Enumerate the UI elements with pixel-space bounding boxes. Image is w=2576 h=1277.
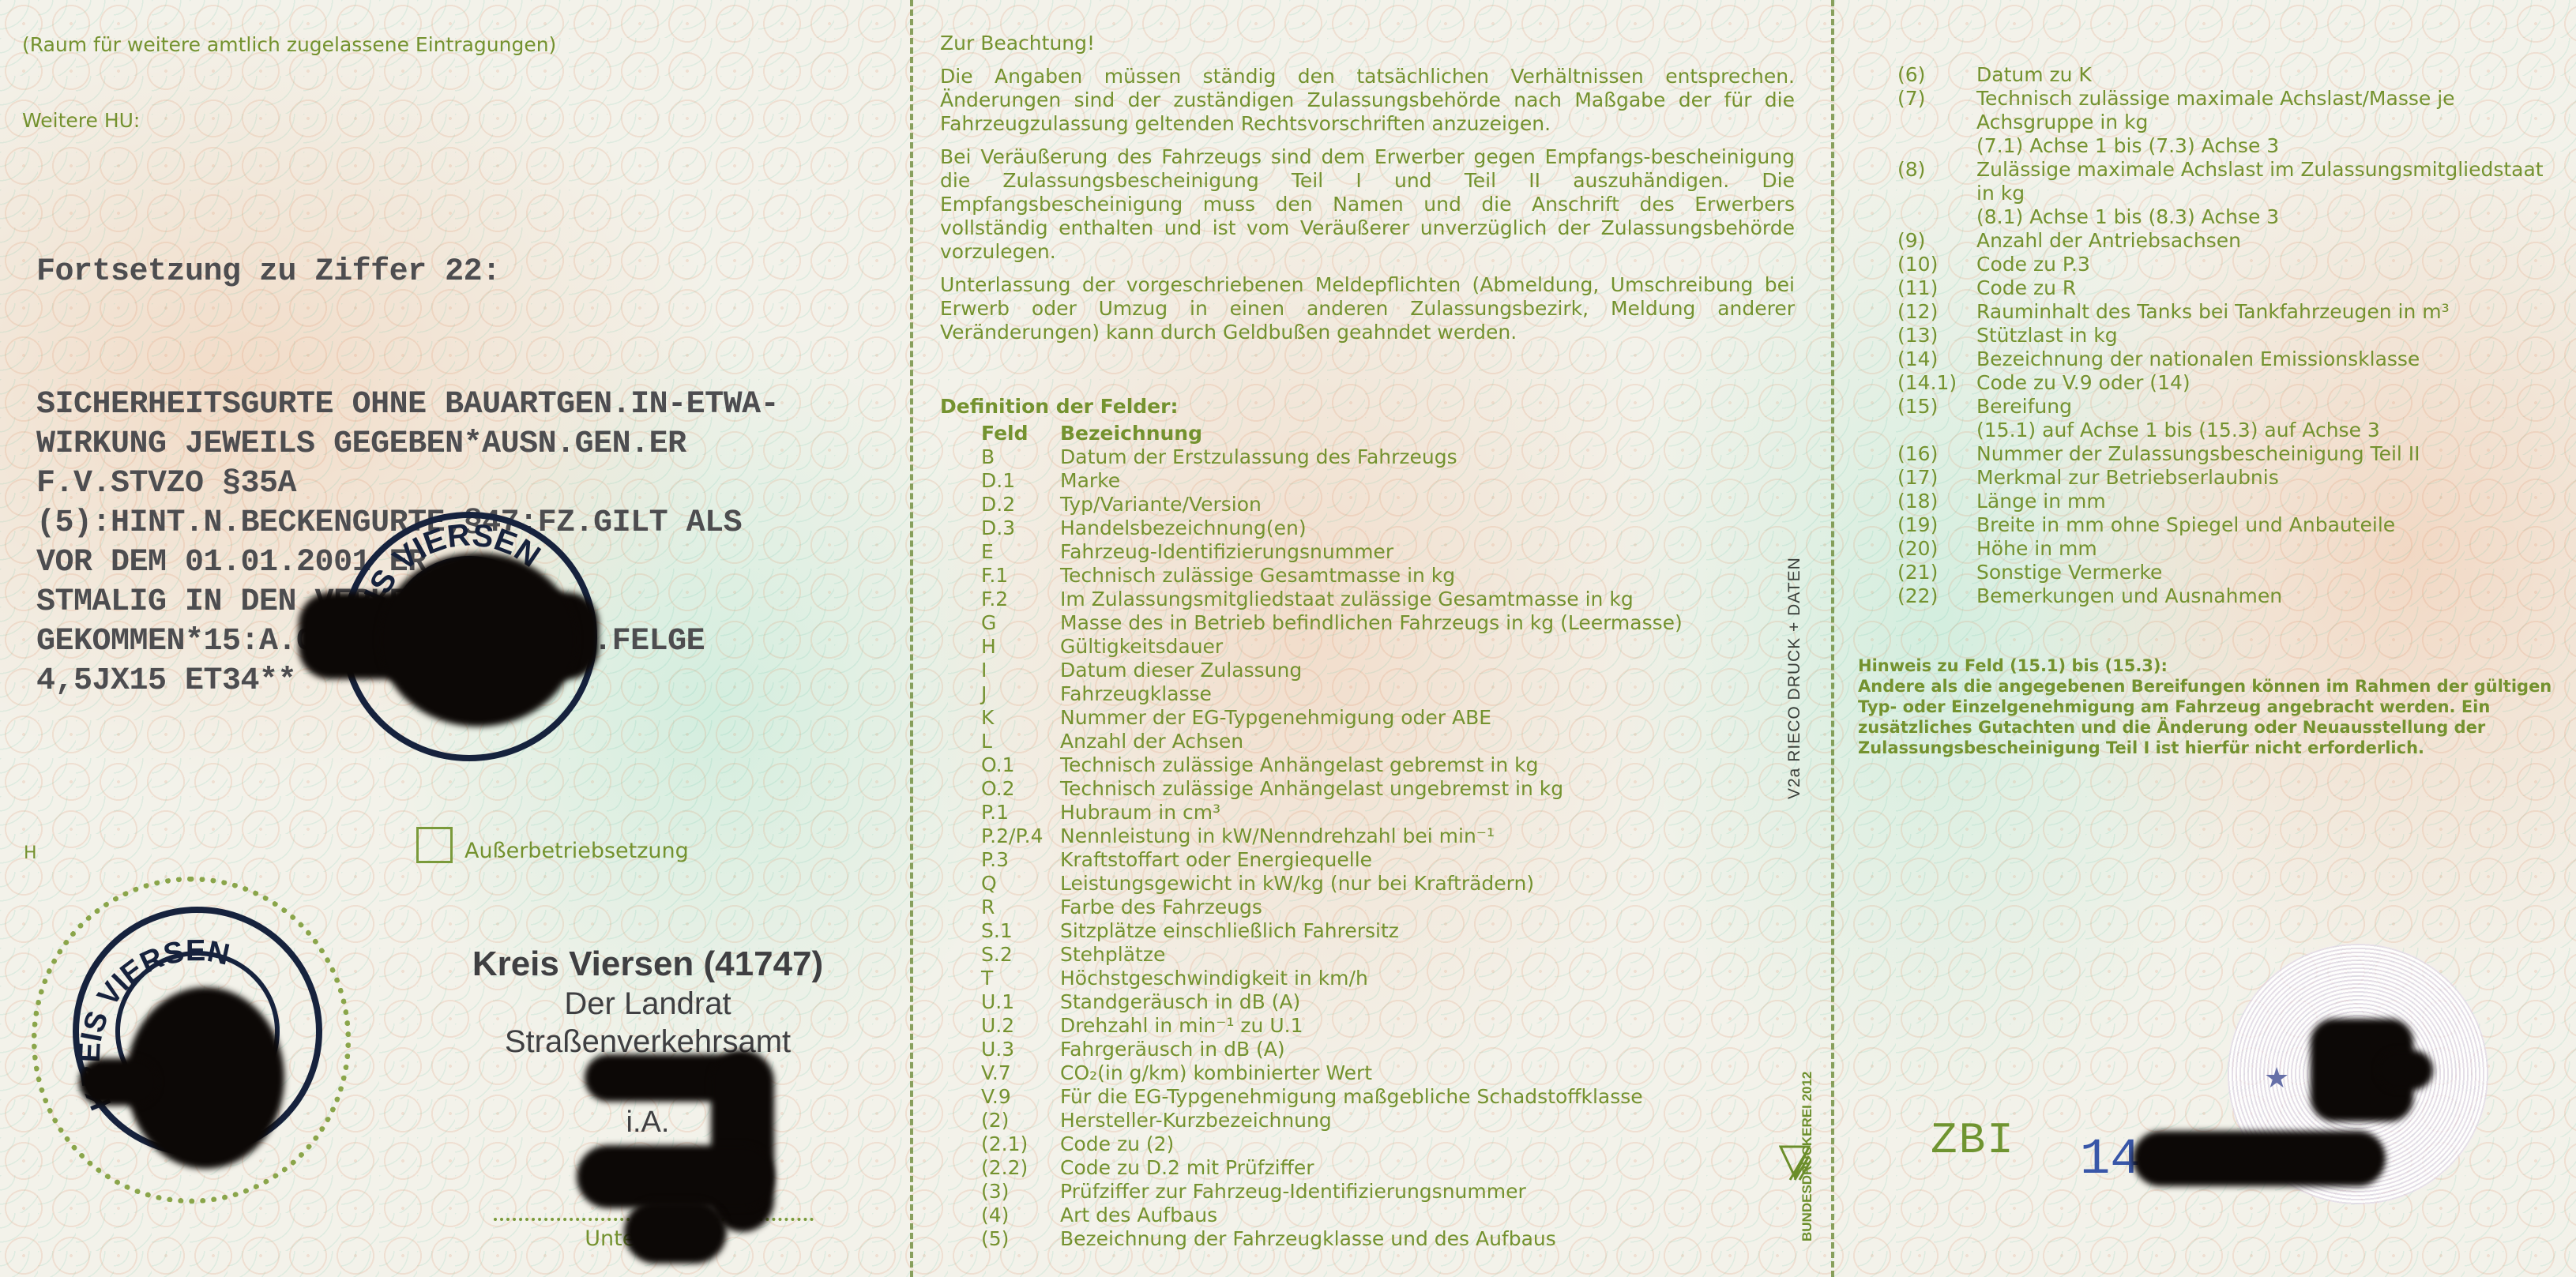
field-definition-row: D.1Marke: [981, 469, 1683, 493]
printer-imprint: V2a RIECO DRUCK + DATEN: [1785, 557, 1804, 799]
field-code: T: [981, 967, 1060, 990]
field-description: Zulässige maximale Achslast im Zulassung…: [1976, 158, 2544, 182]
raum-label: (Raum für weitere amtlich zugelassene Ei…: [22, 33, 556, 56]
field-description: in kg: [1976, 182, 2025, 205]
field-description: Datum dieser Zulassung: [1060, 659, 1302, 682]
panel-left: (Raum für weitere amtlich zugelassene Ei…: [0, 0, 910, 1277]
field-definition-row: EFahrzeug-Identifizierungsnummer: [981, 540, 1683, 564]
field-definitions: Feld Bezeichnung BDatum der Erstzulassun…: [981, 422, 1683, 1251]
field-code: (19): [1897, 513, 1976, 537]
field-description: Code zu P.3: [1976, 253, 2090, 276]
field-definition-row: (2.1)Code zu (2): [981, 1132, 1683, 1156]
field-code: (11): [1897, 276, 1976, 300]
notice-title: Zur Beachtung!: [940, 32, 1095, 54]
field-description: Leistungsgewicht in kW/kg (nur bei Kraft…: [1060, 872, 1534, 896]
hinweis-title: Hinweis zu Feld (15.1) bis (15.3):: [1858, 655, 2575, 676]
field-definition-row: QLeistungsgewicht in kW/kg (nur bei Kraf…: [981, 872, 1683, 896]
field-description: Fahrzeugklasse: [1060, 682, 1212, 706]
field-description: Bezeichnung der Fahrzeugklasse und des A…: [1060, 1227, 1556, 1251]
field-definition-row: (16)Nummer der Zulassungsbescheinigung T…: [1897, 442, 2544, 466]
field-code: (9): [1897, 229, 1976, 253]
field-code: [1897, 205, 1976, 229]
field-description: Masse des in Betrieb befindlichen Fahrze…: [1060, 611, 1683, 635]
field-code: L: [981, 730, 1060, 753]
notice-paragraph-2: Bei Veräußerung des Fahrzeugs sind dem E…: [940, 145, 1795, 264]
field-code: (20): [1897, 537, 1976, 561]
field-code: (17): [1897, 466, 1976, 490]
field-definition-row: U.2Drehzahl in min⁻¹ zu U.1: [981, 1014, 1683, 1038]
redaction: [379, 553, 577, 727]
field-definition-row: (22)Bemerkungen und Ausnahmen: [1897, 584, 2544, 608]
field-description: Stützlast in kg: [1976, 324, 2118, 347]
field-definition-row: (8)Zulässige maximale Achslast im Zulass…: [1897, 158, 2544, 182]
field-code: (13): [1897, 324, 1976, 347]
field-description: (8.1) Achse 1 bis (8.3) Achse 3: [1976, 205, 2279, 229]
field-code: U.2: [981, 1014, 1060, 1038]
field-code: (18): [1897, 490, 1976, 513]
field-code: J: [981, 682, 1060, 706]
field-definition-row: V.7CO₂(in g/km) kombinierter Wert: [981, 1061, 1683, 1085]
field-description: Höchstgeschwindigkeit in km/h: [1060, 967, 1368, 990]
field-definition-row: (14.1)Code zu V.9 oder (14): [1897, 371, 2544, 395]
field-description: Rauminhalt des Tanks bei Tankfahrzeugen …: [1976, 300, 2450, 324]
field-definition-row: U.3Fahrgeräusch in dB (A): [981, 1038, 1683, 1061]
field-definition-row: P.1Hubraum in cm³: [981, 801, 1683, 824]
field-definition-row: THöchstgeschwindigkeit in km/h: [981, 967, 1683, 990]
field-definition-row: HGültigkeitsdauer: [981, 635, 1683, 659]
ausserbetriebsetzung-label: Außerbetriebsetzung: [464, 839, 689, 863]
field-code: U.3: [981, 1038, 1060, 1061]
field-description: Sonstige Vermerke: [1976, 561, 2162, 584]
field-description: Sitzplätze einschließlich Fahrersitz: [1060, 919, 1399, 943]
field-description: Code zu (2): [1060, 1132, 1174, 1156]
field-code: H: [981, 635, 1060, 659]
field-code: S.1: [981, 919, 1060, 943]
field-definition-row: (8.1) Achse 1 bis (8.3) Achse 3: [1897, 205, 2544, 229]
field-description: (15.1) auf Achse 1 bis (15.3) auf Achse …: [1976, 419, 2380, 442]
field-code: (7): [1897, 87, 1976, 111]
field-code: (16): [1897, 442, 1976, 466]
field-description: Bezeichnung der nationalen Emissionsklas…: [1976, 347, 2420, 371]
field-description: Hersteller-Kurzbezeichnung: [1060, 1109, 1332, 1132]
field-code: (2.2): [981, 1156, 1060, 1180]
authority-ia: i.A.: [442, 1105, 853, 1140]
field-description: Im Zulassungsmitgliedstaat zulässige Ges…: [1060, 588, 1634, 611]
field-definition-row: (10)Code zu P.3: [1897, 253, 2544, 276]
field-description: Prüfziffer zur Fahrzeug-Identifizierungs…: [1060, 1180, 1526, 1204]
typed-line: SICHERHEITSGURTE OHNE BAUARTGEN.IN-ETWA-: [36, 385, 779, 425]
field-code: (8): [1897, 158, 1976, 182]
field-definition-row: (11)Code zu R: [1897, 276, 2544, 300]
field-code: O.1: [981, 753, 1060, 777]
field-definition-row: (6)Datum zu K: [1897, 63, 2544, 87]
serial-redaction: [2133, 1131, 2386, 1186]
field-definition-row: (7)Technisch zulässige maximale Achslast…: [1897, 87, 2544, 111]
field-code: (10): [1897, 253, 1976, 276]
field-description: Datum zu K: [1976, 63, 2092, 87]
field-code: [1897, 111, 1976, 134]
field-definition-row: (9)Anzahl der Antriebsachsen: [1897, 229, 2544, 253]
field-code: (5): [981, 1227, 1060, 1251]
document-serial-number: 14: [2080, 1132, 2141, 1189]
field-code: F.2: [981, 588, 1060, 611]
field-code: [1897, 419, 1976, 442]
field-description: Code zu D.2 mit Prüfziffer: [1060, 1156, 1314, 1180]
field-code: I: [981, 659, 1060, 682]
h-label: H: [24, 843, 37, 863]
authority-line2: Der Landrat: [442, 985, 853, 1023]
field-code: E: [981, 540, 1060, 564]
field-code: V.9: [981, 1085, 1060, 1109]
hinweis-text: Andere als die angegebenen Bereifungen k…: [1858, 676, 2575, 758]
field-definitions-header: Feld Bezeichnung: [981, 422, 1683, 445]
field-definition-row: V.9Für die EG-Typgenehmigung maßgebliche…: [981, 1085, 1683, 1109]
field-code: D.1: [981, 469, 1060, 493]
field-definition-row: S.2Stehplätze: [981, 943, 1683, 967]
field-code: (3): [981, 1180, 1060, 1204]
field-description: Standgeräusch in dB (A): [1060, 990, 1300, 1014]
field-description: Hubraum in cm³: [1060, 801, 1220, 824]
field-definition-row: D.2Typ/Variante/Version: [981, 493, 1683, 516]
notice-paragraph-1: Die Angaben müssen ständig den tatsächli…: [940, 65, 1795, 136]
field-definition-row: U.1Standgeräusch in dB (A): [981, 990, 1683, 1014]
field-description: Fahrzeug-Identifizierungsnummer: [1060, 540, 1393, 564]
typed-line: WIRKUNG JEWEILS GEGEBEN*AUSN.GEN.ER: [36, 425, 779, 464]
field-definition-row: F.2Im Zulassungsmitgliedstaat zulässige …: [981, 588, 1683, 611]
field-description: (7.1) Achse 1 bis (7.3) Achse 3: [1976, 134, 2279, 158]
field-code: U.1: [981, 990, 1060, 1014]
field-code: D.3: [981, 516, 1060, 540]
field-code: (15): [1897, 395, 1976, 419]
field-description: Marke: [1060, 469, 1120, 493]
field-description: Art des Aufbaus: [1060, 1204, 1217, 1227]
field-definition-row: (2)Hersteller-Kurzbezeichnung: [981, 1109, 1683, 1132]
field-description: Anzahl der Antriebsachsen: [1976, 229, 2241, 253]
field-definition-row: (21)Sonstige Vermerke: [1897, 561, 2544, 584]
field-code: F.1: [981, 564, 1060, 588]
notice-paragraph-3: Unterlassung der vorgeschriebenen Meldep…: [940, 273, 1795, 344]
field-description: Nummer der Zulassungsbescheinigung Teil …: [1976, 442, 2420, 466]
field-definition-row: P.3Kraftstoffart oder Energiequelle: [981, 848, 1683, 872]
field-definition-row: P.2/P.4Nennleistung in kW/Nenndrehzahl b…: [981, 824, 1683, 848]
field-definition-row: (5)Bezeichnung der Fahrzeugklasse und de…: [981, 1227, 1683, 1251]
field-definition-row: (19)Breite in mm ohne Spiegel und Anbaut…: [1897, 513, 2544, 537]
panel-middle: Zur Beachtung! Die Angaben müssen ständi…: [910, 0, 1831, 1277]
field-code: V.7: [981, 1061, 1060, 1085]
field-definition-row: (12)Rauminhalt des Tanks bei Tankfahrzeu…: [1897, 300, 2544, 324]
field-code: (22): [1897, 584, 1976, 608]
field-code: P.1: [981, 801, 1060, 824]
field-definition-row: (14)Bezeichnung der nationalen Emissions…: [1897, 347, 2544, 371]
field-definition-row: (13)Stützlast in kg: [1897, 324, 2544, 347]
field-code: (14.1): [1897, 371, 1976, 395]
field-description: Datum der Erstzulassung des Fahrzeugs: [1060, 445, 1457, 469]
zbi-label: ZBI: [1931, 1115, 2015, 1166]
field-code: (21): [1897, 561, 1976, 584]
field-description: Merkmal zur Betriebserlaubnis: [1976, 466, 2279, 490]
field-definition-row: IDatum dieser Zulassung: [981, 659, 1683, 682]
field-definition-row: KNummer der EG-Typgenehmigung oder ABE: [981, 706, 1683, 730]
field-definition-row: (17)Merkmal zur Betriebserlaubnis: [1897, 466, 2544, 490]
field-definition-row: LAnzahl der Achsen: [981, 730, 1683, 753]
field-code: [1897, 134, 1976, 158]
field-code: R: [981, 896, 1060, 919]
field-code: G: [981, 611, 1060, 635]
field-description: Technisch zulässige Anhängelast ungebrem…: [1060, 777, 1563, 801]
field-description: Technisch zulässige Gesamtmasse in kg: [1060, 564, 1455, 588]
field-code: B: [981, 445, 1060, 469]
field-description: Technisch zulässige Anhängelast gebremst…: [1060, 753, 1538, 777]
field-definition-row: S.1Sitzplätze einschließlich Fahrersitz: [981, 919, 1683, 943]
field-definition-row: (18)Länge in mm: [1897, 490, 2544, 513]
field-definition-row: JFahrzeugklasse: [981, 682, 1683, 706]
field-code: (6): [1897, 63, 1976, 87]
authority-name: Kreis Viersen (41747): [442, 944, 853, 985]
field-code: O.2: [981, 777, 1060, 801]
field-description: Drehzahl in min⁻¹ zu U.1: [1060, 1014, 1303, 1038]
hinweis-note: Hinweis zu Feld (15.1) bis (15.3): Ander…: [1858, 655, 2575, 758]
signature-redaction: [577, 1145, 774, 1208]
field-definition-row: (4)Art des Aufbaus: [981, 1204, 1683, 1227]
signature-redaction: [624, 1200, 727, 1264]
field-description: Fahrgeräusch in dB (A): [1060, 1038, 1285, 1061]
field-description: Höhe in mm: [1976, 537, 2097, 561]
typed-heading: Fortsetzung zu Ziffer 22:: [36, 253, 779, 292]
field-definition-row: (3)Prüfziffer zur Fahrzeug-Identifizieru…: [981, 1180, 1683, 1204]
field-description: Gültigkeitsdauer: [1060, 635, 1223, 659]
field-description: Achsgruppe in kg: [1976, 111, 2148, 134]
field-code: P.2/P.4: [981, 824, 1060, 848]
field-description: Handelsbezeichnung(en): [1060, 516, 1307, 540]
redaction: [79, 1058, 158, 1106]
field-code: D.2: [981, 493, 1060, 516]
field-code: K: [981, 706, 1060, 730]
field-definition-row: O.1Technisch zulässige Anhängelast gebre…: [981, 753, 1683, 777]
ausserbetriebsetzung-checkbox[interactable]: [416, 827, 453, 863]
field-definition-row: (2.2)Code zu D.2 mit Prüfziffer: [981, 1156, 1683, 1180]
field-definition-row: (15)Bereifung: [1897, 395, 2544, 419]
field-definition-row: (15.1) auf Achse 1 bis (15.3) auf Achse …: [1897, 419, 2544, 442]
field-code: S.2: [981, 943, 1060, 967]
field-description: Breite in mm ohne Spiegel und Anbauteile: [1976, 513, 2395, 537]
field-description: Nennleistung in kW/Nenndrehzahl bei min⁻…: [1060, 824, 1495, 848]
field-code: (2.1): [981, 1132, 1060, 1156]
field-description: Bereifung: [1976, 395, 2072, 419]
field-code: Q: [981, 872, 1060, 896]
field-definition-row: (7.1) Achse 1 bis (7.3) Achse 3: [1897, 134, 2544, 158]
field-code: (14): [1897, 347, 1976, 371]
field-description: Typ/Variante/Version: [1060, 493, 1262, 516]
issuing-authority: Kreis Viersen (41747) Der Landrat Straße…: [442, 944, 853, 1140]
typed-line: F.V.STVZO §35A: [36, 464, 779, 504]
field-description: Code zu R: [1976, 276, 2076, 300]
field-definition-row: (20)Höhe in mm: [1897, 537, 2544, 561]
field-description: Technisch zulässige maximale Achslast/Ma…: [1976, 87, 2455, 111]
field-definition-row: GMasse des in Betrieb befindlichen Fahrz…: [981, 611, 1683, 635]
field-definition-row: O.2Technisch zulässige Anhängelast ungeb…: [981, 777, 1683, 801]
field-code: (12): [1897, 300, 1976, 324]
field-definition-row: BDatum der Erstzulassung des Fahrzeugs: [981, 445, 1683, 469]
field-description: Länge in mm: [1976, 490, 2106, 513]
field-description: Für die EG-Typgenehmigung maßgebliche Sc…: [1060, 1085, 1643, 1109]
field-definitions-continued: (6)Datum zu K(7)Technisch zulässige maxi…: [1897, 63, 2544, 608]
weitere-hu-label: Weitere HU:: [22, 109, 140, 132]
field-definition-row: Achsgruppe in kg: [1897, 111, 2544, 134]
field-code: (4): [981, 1204, 1060, 1227]
field-description: Stehplätze: [1060, 943, 1165, 967]
redaction: [2378, 1050, 2433, 1090]
field-code: P.3: [981, 848, 1060, 872]
field-code: (2): [981, 1109, 1060, 1132]
field-description: Nummer der EG-Typgenehmigung oder ABE: [1060, 706, 1491, 730]
field-description: Anzahl der Achsen: [1060, 730, 1243, 753]
field-description: CO₂(in g/km) kombinierter Wert: [1060, 1061, 1372, 1085]
bundesdruckerei-imprint: BUNDESDRUCKEREI 2012: [1799, 1072, 1815, 1241]
definitions-title: Definition der Felder:: [940, 395, 1178, 418]
field-code: [1897, 182, 1976, 205]
field-definition-row: RFarbe des Fahrzeugs: [981, 896, 1683, 919]
field-description: Farbe des Fahrzeugs: [1060, 896, 1262, 919]
field-description: Kraftstoffart oder Energiequelle: [1060, 848, 1372, 872]
field-definition-row: in kg: [1897, 182, 2544, 205]
field-description: Code zu V.9 oder (14): [1976, 371, 2191, 395]
field-definition-row: D.3Handelsbezeichnung(en): [981, 516, 1683, 540]
star-icon: ★: [2264, 1062, 2289, 1095]
field-definition-row: F.1Technisch zulässige Gesamtmasse in kg: [981, 564, 1683, 588]
field-description: Bemerkungen und Ausnahmen: [1976, 584, 2282, 608]
